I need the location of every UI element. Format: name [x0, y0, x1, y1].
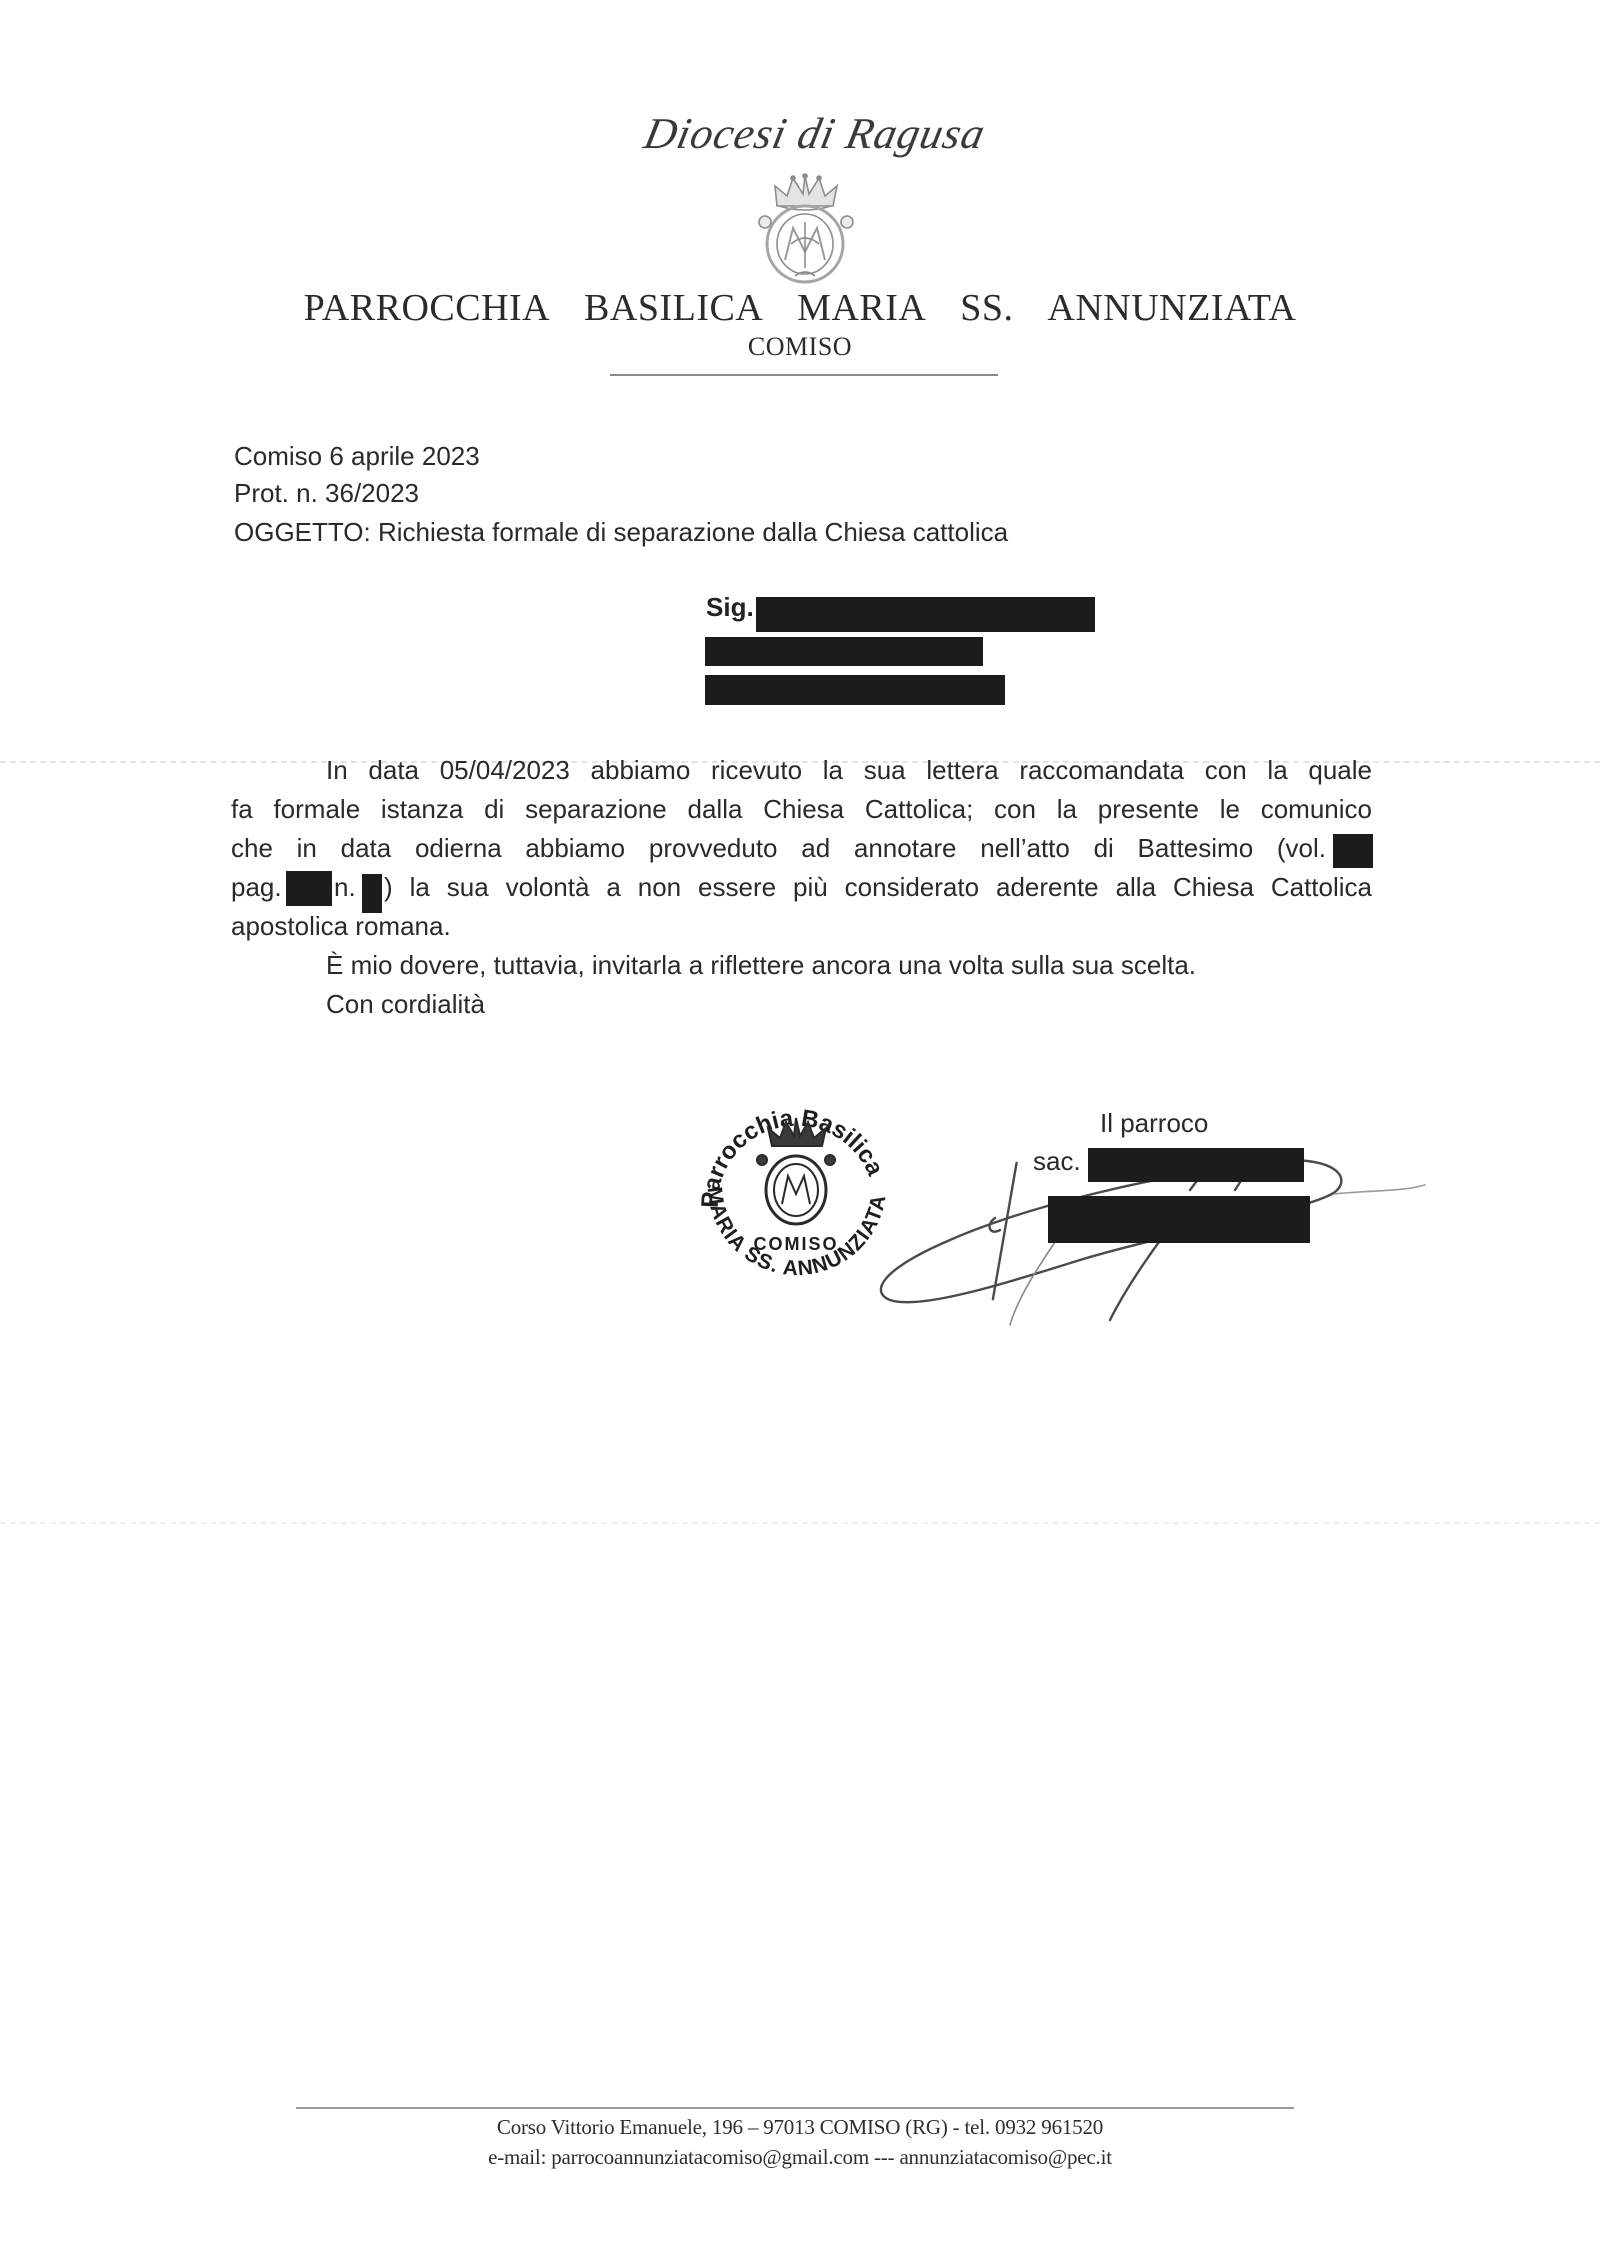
- redacted-recipient-name: [756, 597, 1095, 632]
- body-paragraph-line: ) la sua volontà a non essere più consid…: [384, 871, 1372, 903]
- paper-fold-line: [0, 1522, 1600, 1524]
- body-paragraph-line: fa formale istanza di separazione dalla …: [231, 793, 1372, 825]
- footer-address: Corso Vittorio Emanuele, 196 – 97013 COM…: [300, 2115, 1300, 2140]
- redacted-volume-number: [1333, 834, 1373, 868]
- body-text: che in data odierna abbiamo provveduto a…: [231, 832, 1326, 864]
- parish-name: PARROCCHIA BASILICA MARIA SS. ANNUNZIATA: [300, 286, 1300, 330]
- redacted-address-line: [705, 675, 1005, 705]
- parish-city: COMISO: [300, 332, 1300, 362]
- body-paragraph-line: apostolica romana.: [231, 910, 1372, 942]
- signatory-role: Il parroco: [1100, 1108, 1208, 1139]
- footer-divider: [296, 2107, 1294, 2109]
- letterhead-divider: [610, 374, 998, 376]
- redacted-signatory-name-line2: [1048, 1196, 1310, 1243]
- body-paragraph-line: In data 05/04/2023 abbiamo ricevuto la s…: [326, 754, 1372, 786]
- stamp-crest-icon: [757, 1118, 835, 1224]
- protocol-number: Prot. n. 36/2023: [234, 477, 419, 509]
- redacted-page-number: [286, 871, 332, 906]
- body-text: pag.: [231, 871, 287, 903]
- signatory-title-prefix: sac.: [1033, 1146, 1081, 1177]
- body-paragraph-line: È mio dovere, tuttavia, invitarla a rifl…: [326, 949, 1196, 981]
- recipient-salutation: Sig.: [706, 592, 754, 623]
- marian-monogram-crest-icon: [755, 172, 855, 284]
- diocese-name: Diocesi di Ragusa: [635, 108, 996, 159]
- letter-date: Comiso 6 aprile 2023: [234, 440, 480, 472]
- stamp-center-text: COMISO: [753, 1234, 838, 1254]
- letter-subject: OGGETTO: Richiesta formale di separazion…: [234, 516, 1008, 548]
- body-paragraph-line: che in data odierna abbiamo provveduto a…: [231, 832, 1326, 864]
- redacted-signatory-name: [1088, 1148, 1304, 1182]
- redacted-entry-number: [362, 874, 382, 913]
- body-text: In data 05/04/2023 abbiamo ricevuto la s…: [326, 754, 1372, 786]
- body-text: n.: [334, 871, 362, 903]
- footer-email: e-mail: parrocoannunziatacomiso@gmail.co…: [300, 2145, 1300, 2170]
- closing-greeting: Con cordialità: [326, 988, 485, 1020]
- body-text: ) la sua volontà a non essere più consid…: [384, 871, 1372, 903]
- redacted-address-line: [705, 637, 983, 666]
